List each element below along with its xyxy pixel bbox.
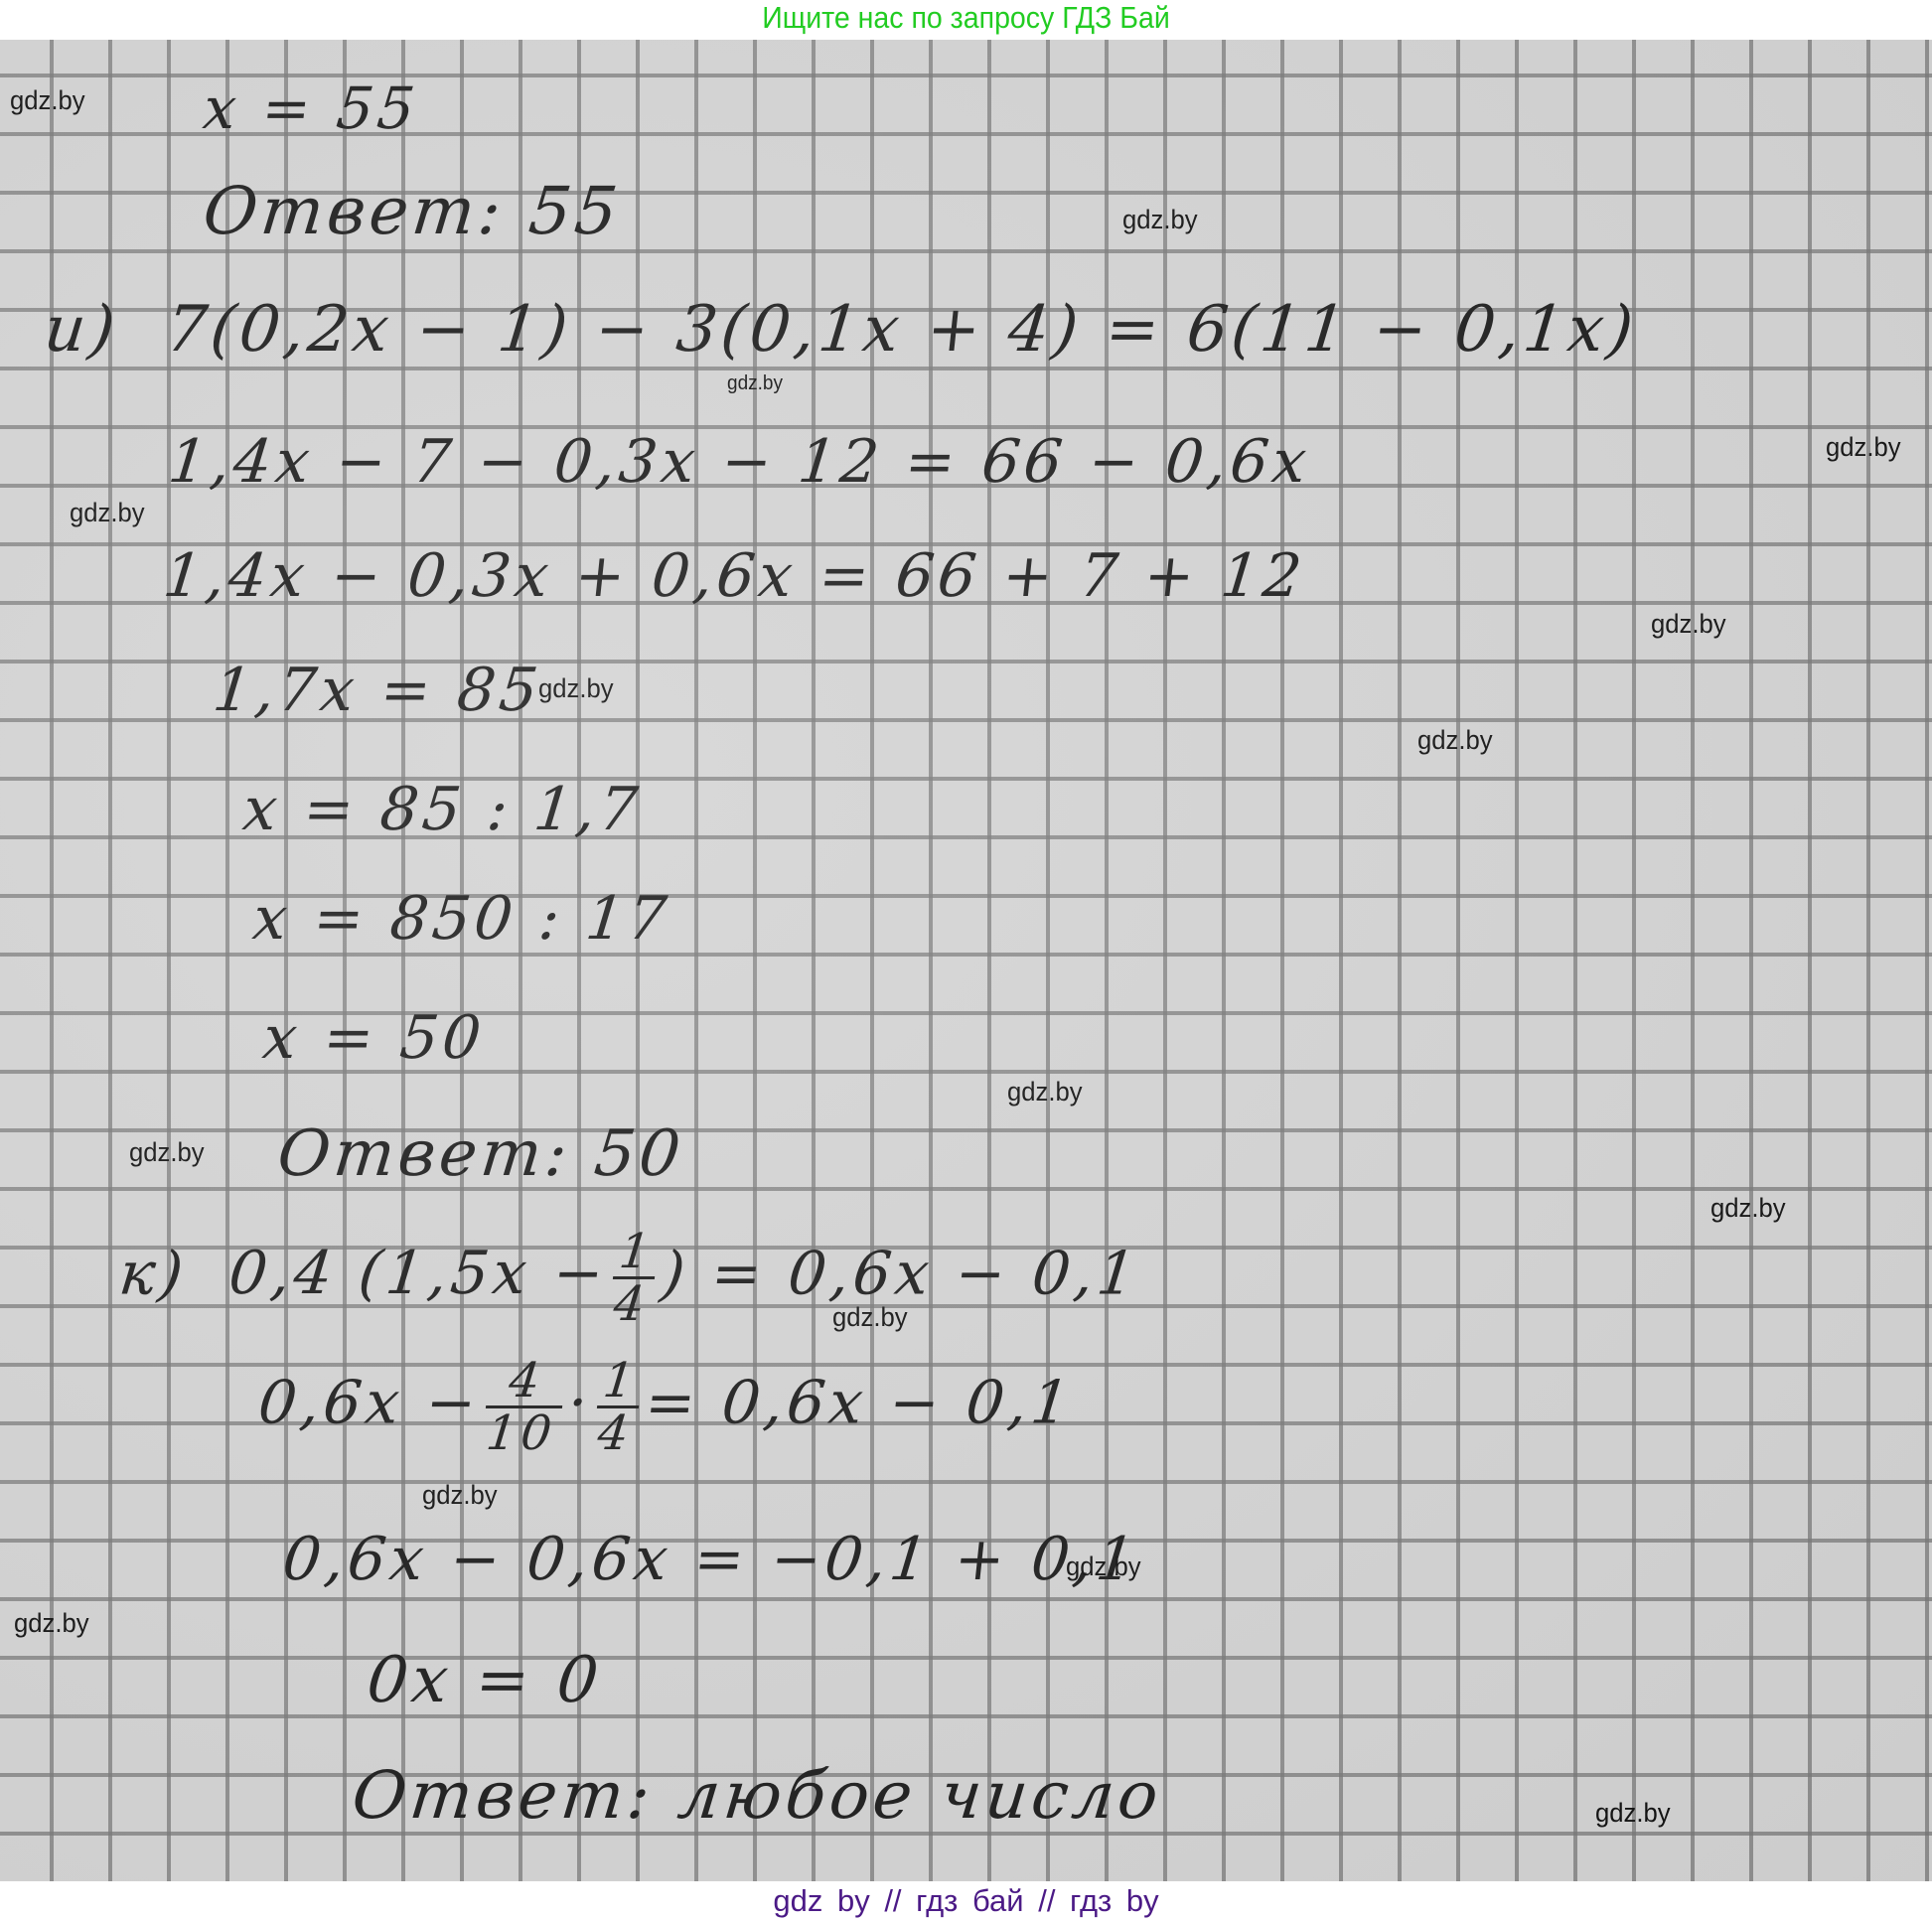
- part-i-step-4: x = 85 : 1,7: [240, 780, 645, 839]
- fraction-numerator: 1: [597, 1356, 645, 1408]
- watermark: gdz.by: [129, 1139, 205, 1166]
- top-banner: Ищите нас по запросу ГДЗ Бай: [77, 0, 1855, 40]
- watermark: gdz.by: [1066, 1553, 1141, 1580]
- watermark: gdz.by: [10, 87, 85, 114]
- watermark: gdz.by: [70, 500, 145, 526]
- part-i-equation: и) 7(0,2x − 1) − 3(0,1x + 4) = 6(11 − 0,…: [42, 298, 1640, 362]
- part-k-step-2: 0,6x − 0,6x = −0,1 + 0,1: [280, 1530, 1141, 1589]
- fraction-denominator: 4: [607, 1279, 655, 1329]
- watermark: gdz.by: [14, 1610, 89, 1637]
- watermark: gdz.by: [1651, 611, 1726, 638]
- watermark: gdz.by: [422, 1482, 498, 1509]
- part-i-step-2: 1,4x − 0,3x + 0,6x = 66 + 7 + 12: [161, 546, 1308, 606]
- part-i-equation-text: 7(0,2x − 1) − 3(0,1x + 4) = 6(11 − 0,1x): [163, 293, 1641, 367]
- part-i-label: и): [41, 293, 122, 367]
- watermark: gdz.by: [1122, 207, 1198, 233]
- watermark: gdz.by: [1710, 1195, 1786, 1222]
- part-k-step-1-fraction-2: 14: [591, 1356, 644, 1459]
- fraction-denominator: 10: [480, 1408, 561, 1458]
- watermark: gdz.by: [1595, 1800, 1671, 1827]
- fraction-numerator: 4: [485, 1356, 567, 1408]
- fraction-denominator: 4: [591, 1408, 639, 1458]
- part-k-step-1-left: 0,6x −: [255, 1368, 484, 1437]
- part-i-step-1: 1,4x − 7 − 0,3x − 12 = 66 − 0,6x: [166, 432, 1313, 492]
- watermark: gdz.by: [1826, 434, 1901, 461]
- part-k-label: к): [116, 1239, 191, 1308]
- part-k-equation-right: ) = 0,6x − 0,1: [658, 1239, 1142, 1308]
- part-k-equation: к) 0,4 (1,5x −14) = 0,6x − 0,1: [114, 1227, 1144, 1330]
- bottom-banner: gdz by // гдз бай // гдз by: [0, 1881, 1932, 1921]
- notebook-page: x = 55 Ответ: 55 и) 7(0,2x − 1) − 3(0,1x…: [0, 40, 1932, 1881]
- part-k-step-3: 0x = 0: [365, 1649, 606, 1712]
- prev-result-line: x = 55: [201, 79, 421, 137]
- part-i-answer: Ответ: 50: [275, 1122, 687, 1186]
- part-i-step-3: 1,7x = 85: [211, 661, 544, 720]
- part-i-step-5: x = 850 : 17: [250, 889, 673, 949]
- watermark: gdz.by: [1007, 1079, 1083, 1106]
- watermark: gdz.by: [538, 675, 614, 702]
- part-k-answer: Ответ: любое число: [350, 1763, 1165, 1829]
- watermark: gdz.by: [832, 1304, 908, 1331]
- watermark: gdz.by: [727, 373, 783, 393]
- fraction-numerator: 1: [613, 1227, 661, 1279]
- part-k-step-1-fraction-1: 410: [480, 1356, 567, 1459]
- watermark: gdz.by: [1417, 727, 1493, 754]
- part-k-step-1: 0,6x −410·14= 0,6x − 0,1: [253, 1356, 1079, 1459]
- part-k-equation-left: 0,4 (1,5x −: [225, 1239, 611, 1308]
- part-i-step-6: x = 50: [260, 1008, 488, 1068]
- part-k-step-1-dot: ·: [564, 1368, 594, 1437]
- part-k-fraction: 14: [607, 1227, 660, 1330]
- prev-answer-line: Ответ: 55: [201, 179, 625, 244]
- part-k-step-1-right: = 0,6x − 0,1: [642, 1368, 1077, 1437]
